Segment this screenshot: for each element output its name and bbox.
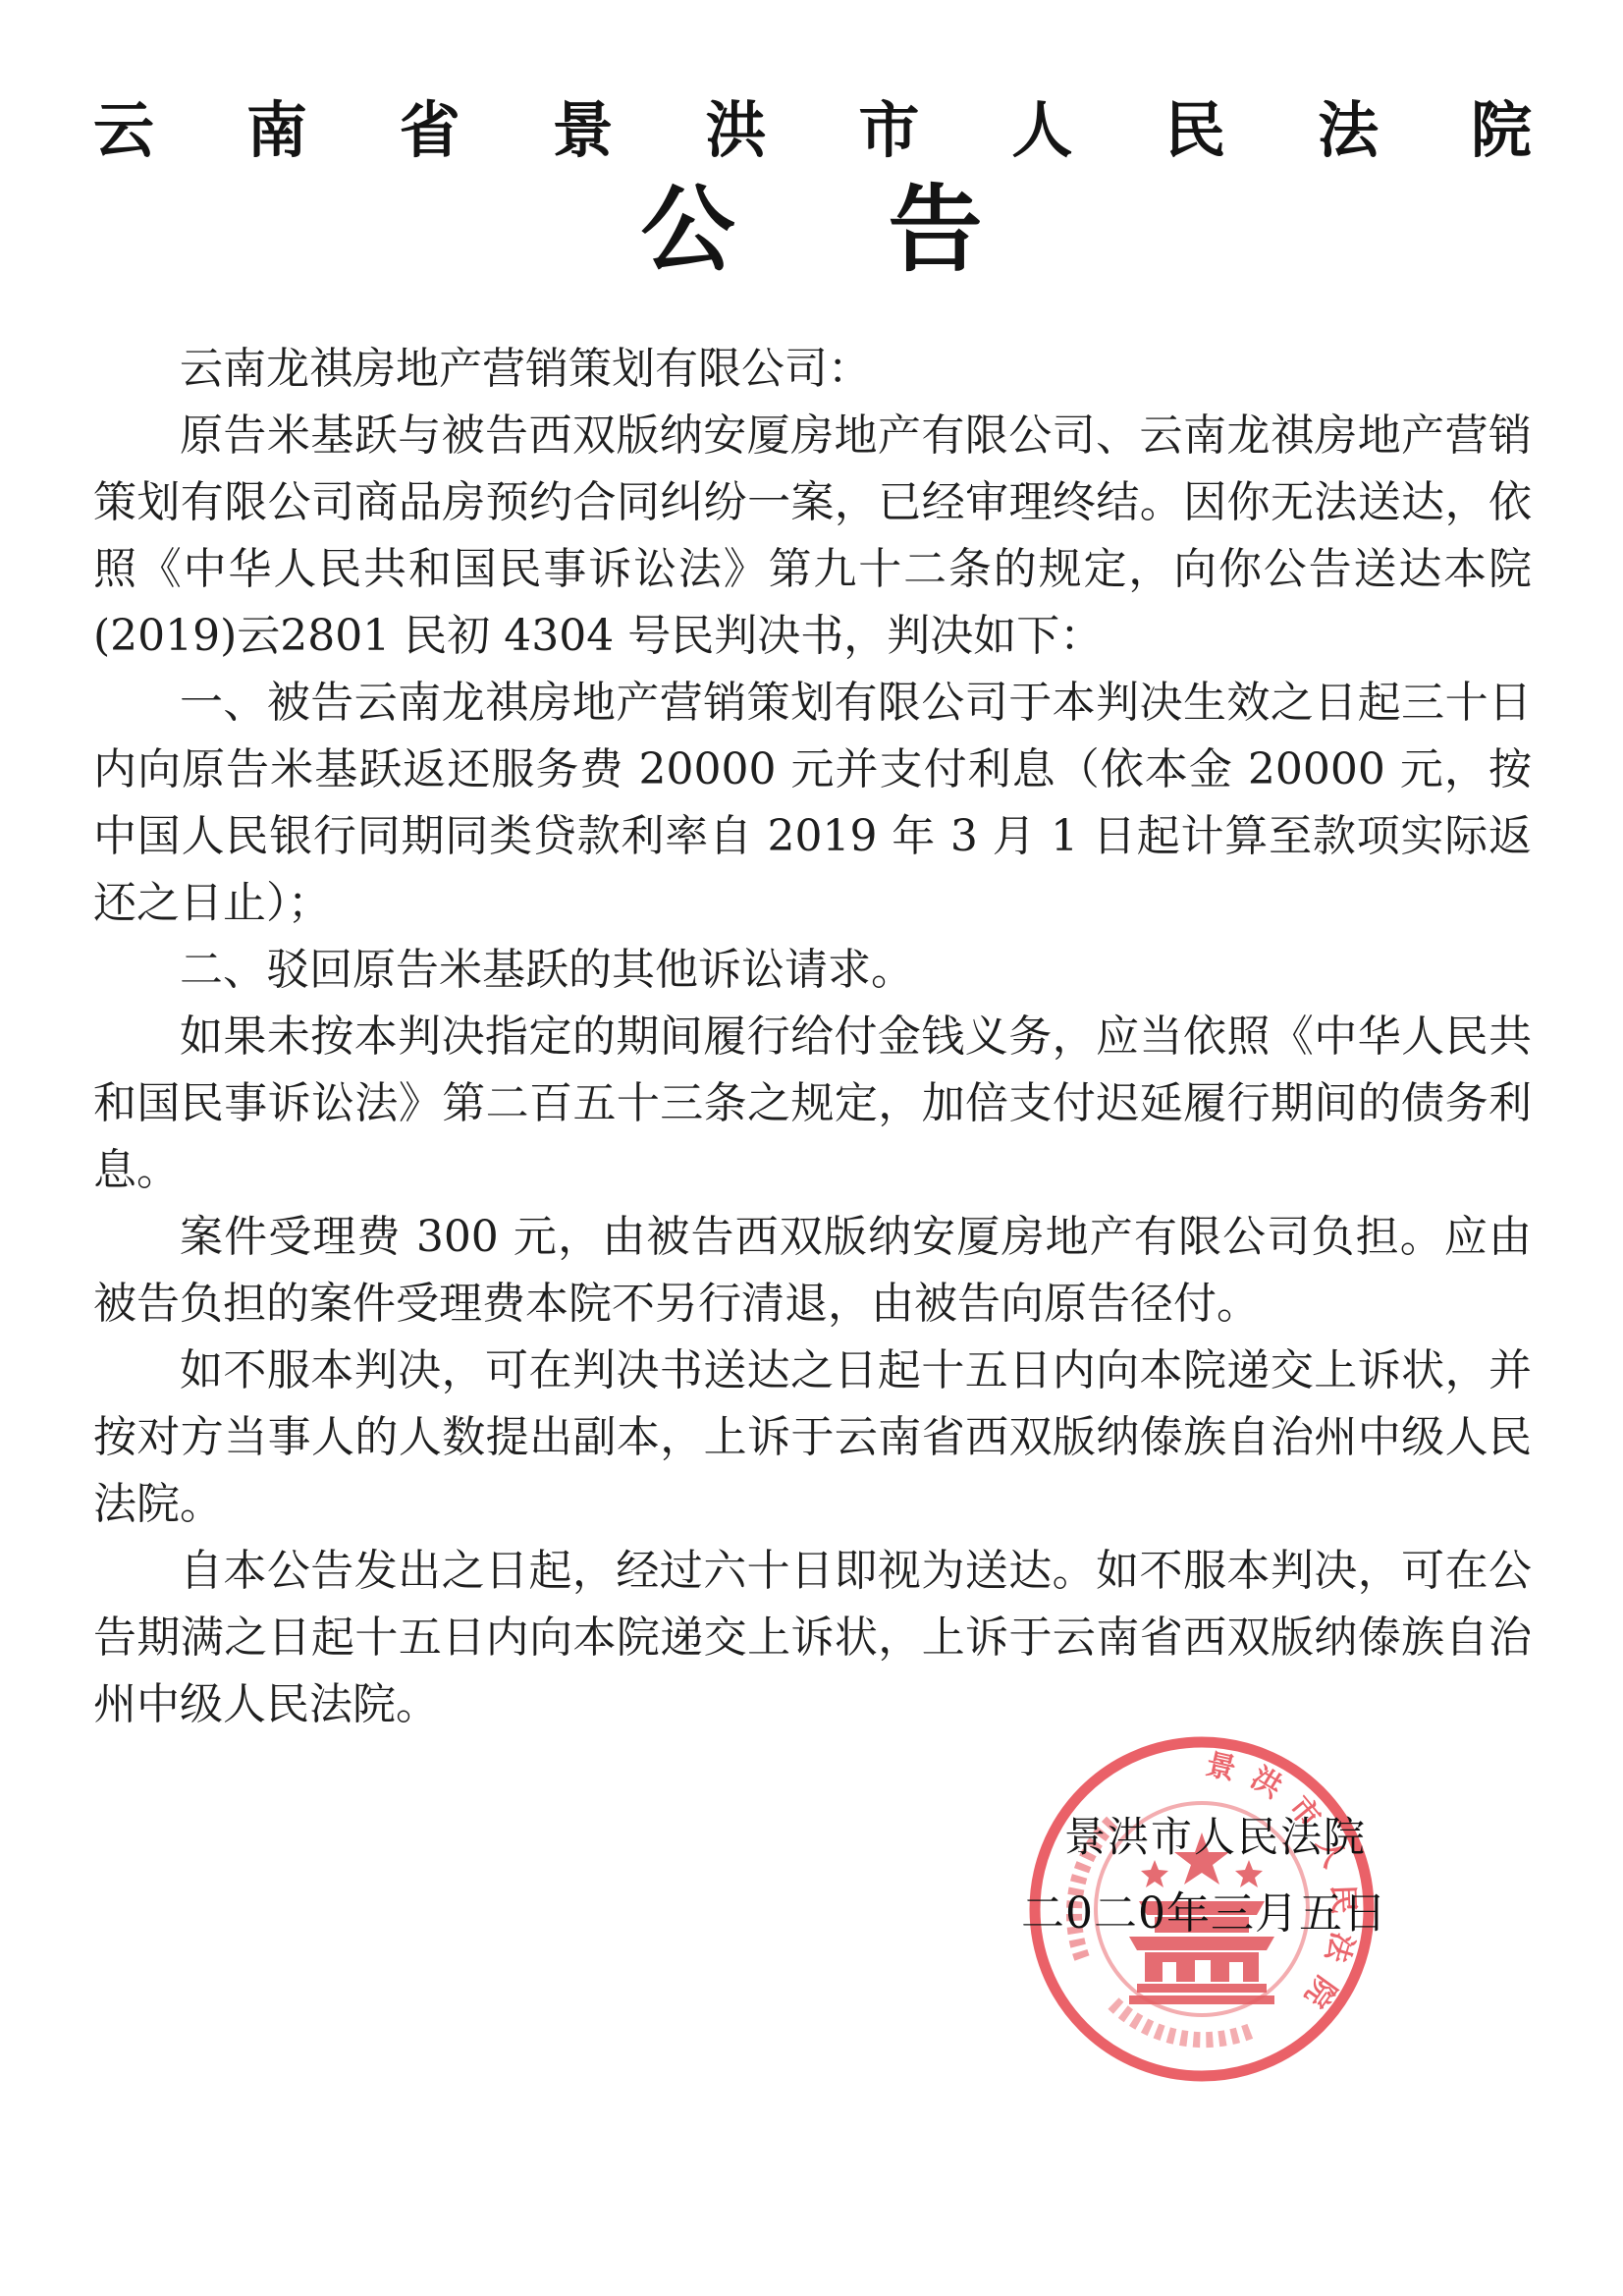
addressee-line: 云南龙祺房地产营销策划有限公司：	[93, 336, 1532, 403]
paragraph-appeal-rights: 如不服本判决，可在判决书送达之日起十五日内向本院递交上诉状，并按对方当事人的人数…	[93, 1338, 1532, 1538]
seal-dai-script-arc-left	[1074, 1821, 1113, 1958]
paragraph-judgment-item-2: 二、驳回原告米基跃的其他诉讼请求。	[93, 937, 1532, 1004]
seal-dai-script-arc-bottom	[1113, 2003, 1251, 2040]
paragraph-late-performance: 如果未按本判决指定的期间履行给付金钱义务，应当依照《中华人民共和国民事诉讼法》第…	[93, 1004, 1532, 1204]
paragraph-service-period: 自本公告发出之日起，经过六十日即视为送达。如不服本判决，可在公告期满之日起十五日…	[93, 1538, 1532, 1738]
seal-ring-text: 景洪市人民法院	[1203, 1747, 1361, 2026]
announcement-body: 云南龙祺房地产营销策划有限公司： 原告米基跃与被告西双版纳安厦房地产有限公司、云…	[93, 336, 1532, 1738]
paragraph-court-fee: 案件受理费 300 元，由被告西双版纳安厦房地产有限公司负担。应由被告负担的案件…	[93, 1204, 1532, 1338]
seal-inner-ring	[1096, 1803, 1308, 2015]
court-title: 云南省景洪市人民法院	[93, 96, 1532, 165]
announcement-heading: 公 告	[0, 179, 1623, 281]
paragraph-case-summary: 原告米基跃与被告西双版纳安厦房地产有限公司、云南龙祺房地产营销策划有限公司商品房…	[93, 403, 1532, 670]
official-court-seal: 景洪市人民法院	[1019, 1726, 1384, 2092]
document-page: 云南省景洪市人民法院 公 告 云南龙祺房地产营销策划有限公司： 原告米基跃与被告…	[0, 0, 1623, 2296]
paragraph-judgment-item-1: 一、被告云南龙祺房地产营销策划有限公司于本判决生效之日起三十日内向原告米基跃返还…	[93, 670, 1532, 937]
seal-outer-ring	[1035, 1742, 1369, 2076]
announcement-date: 二0二0年三月五日	[1021, 1878, 1382, 1941]
national-emblem	[1129, 1832, 1274, 2004]
court-signature: 景洪市人民法院	[1064, 1805, 1341, 1864]
seal-graphic: 景洪市人民法院	[1019, 1726, 1384, 2092]
